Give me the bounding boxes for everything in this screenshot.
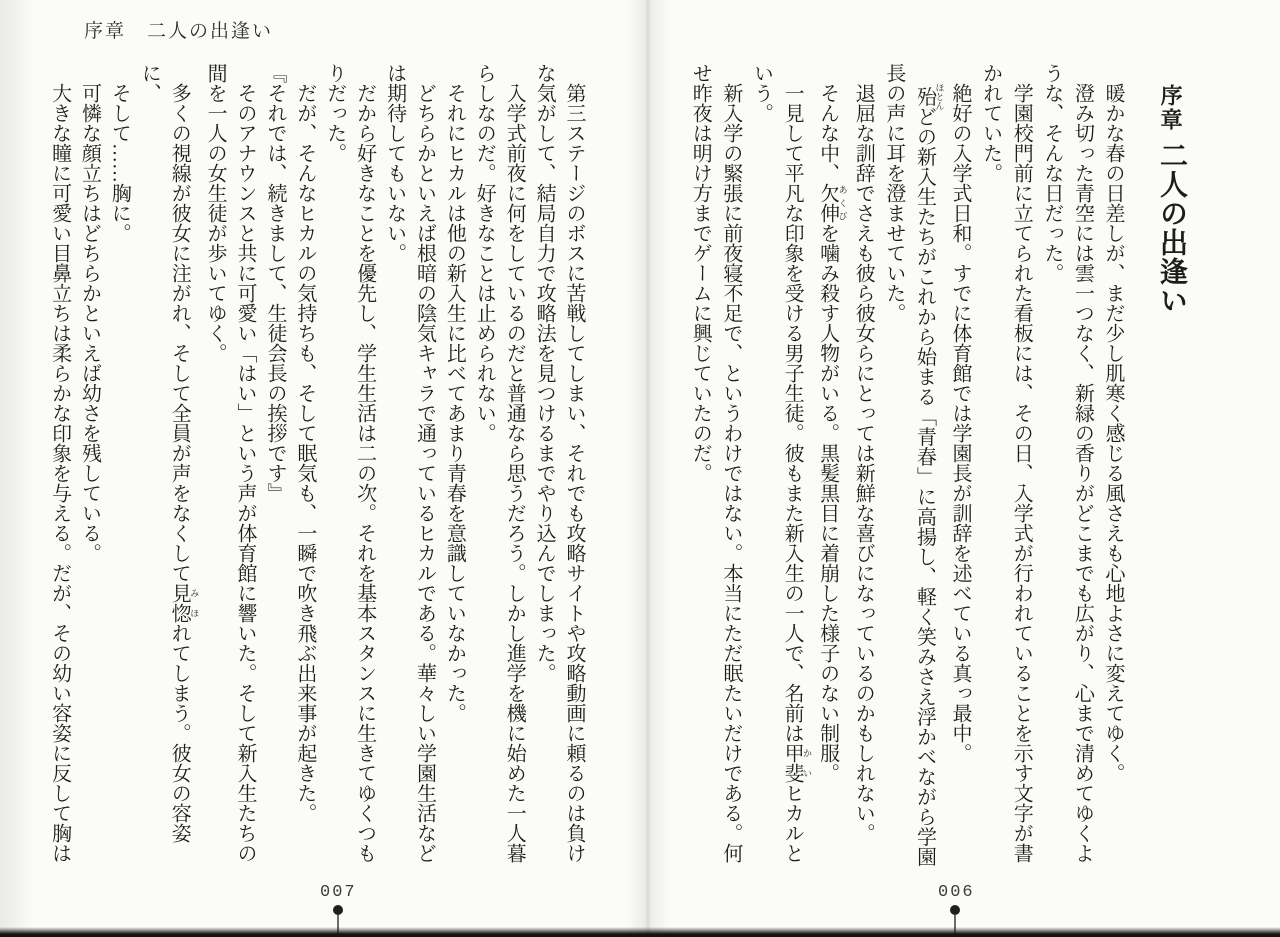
paragraph: 可憐な顔立ちはどちらかといえば幼さを残している。: [74, 63, 104, 881]
paragraph: 新入学の緊張に前夜寝不足で、というわけではない。本当にただ眠たいだけである。何せ…: [685, 63, 746, 881]
paragraph: 『それでは、続きまして、生徒会長の挨拶です』: [259, 63, 289, 881]
paragraph: 殆ほとんどの新入生たちがこれから始まる「青春」に高揚し、軽く笑みさえ浮かべながら…: [878, 63, 944, 881]
paragraph: 第三ステージのボスに苦戦してしまい、それでも攻略サイトや攻略動画に頼るのは負けな…: [528, 63, 588, 881]
ruby-annotated-word: 欠伸あくび: [817, 183, 839, 223]
page-number-left: 007: [320, 883, 357, 902]
paragraph: 澄み切った青空には雲一つなく、新緑の香りがどこまでも広がり、心まで清めてゆくよう…: [1036, 63, 1097, 881]
paragraph: 多くの視線が彼女に注がれ、そして全員が声をなくして見惚みほれてしまう。彼女の容姿…: [133, 63, 199, 881]
paragraph: そんな中、欠伸あくびを噛み殺す人物がいる。黒髪黒目に着崩した様子のない制服。: [812, 63, 848, 881]
paragraph: どちらかといえば根暗の陰気キャラで通っているヒカルである。華々しい学園生活などは…: [379, 63, 439, 881]
scan-edge-bottom: [0, 927, 1280, 937]
paragraph: だが、そんなヒカルの気持ちも、そして眠気も、一瞬で吹き飛ぶ出来事が起きた。: [289, 63, 319, 881]
paragraph: だから好きなことを優先し、学生生活は二の次。それを基本スタンスに生きてゆくつもり…: [319, 63, 379, 881]
paragraph: 絶好の入学式日和。すでに体育館では学園長が訓辞を述べている真っ最中。: [944, 63, 975, 881]
scan-edge-shadow-left: [0, 0, 34, 937]
paragraph: 一見して平凡な印象を受ける男子生徒。彼もまた新入生の一人で、名前は甲斐かいヒカル…: [746, 63, 812, 881]
paragraph: 入学式前夜に何をしているのだと普通なら思うだろう。しかし進学を機に始めた一人暮ら…: [468, 63, 528, 881]
running-header: 序章 二人の出逢い: [84, 16, 273, 43]
page-gutter-shadow: [626, 0, 670, 937]
chapter-title: 二人の出逢い: [1151, 141, 1191, 315]
paragraph: 学園校門前に立てられた看板には、その日、入学式が行われていることを示す文字が書か…: [975, 63, 1036, 881]
paragraph: そのアナウンスと共に可愛い「はい」という声が体育館に響いた。そして新入生たちの間…: [199, 63, 259, 881]
page-marker-dot-left: [333, 905, 343, 915]
page-number-right: 006: [938, 883, 975, 902]
page-marker-dot-right: [950, 905, 960, 915]
paragraph: 退屈な訓辞でさえも彼ら彼女らにとっては新鮮な喜びになっているのかもしれない。: [848, 63, 879, 881]
ruby-annotated-word: 見惚みほ: [168, 583, 190, 623]
page-body-right: 暖かな春の日差しが、まだ少し肌寒く感じる風さえも心地よさに変えてゆく。澄み切った…: [698, 63, 1128, 881]
paragraph: それにヒカルは他の新入生に比べてあまり青春を意識していなかった。: [438, 63, 468, 881]
ruby-annotated-word: 甲斐かい: [781, 743, 803, 783]
paragraph: 暖かな春の日差しが、まだ少し肌寒く感じる風さえも心地よさに変えてゆく。: [1097, 63, 1128, 881]
paragraph: 大きな瞳に可愛い目鼻立ちは柔らかな印象を与える。だが、その幼い容姿に反して胸は: [44, 63, 74, 881]
ruby-annotated-word: 殆ほとん: [913, 83, 935, 107]
paragraph: そして……胸に。: [104, 63, 134, 881]
chapter-label: 序章: [1155, 84, 1186, 132]
book-spread-scan: 序章 二人の出逢い 序章 二人の出逢い 暖かな春の日差しが、まだ少し肌寒く感じる…: [0, 0, 1280, 937]
page-body-left: 第三ステージのボスに苦戦してしまい、それでも攻略サイトや攻略動画に頼るのは負けな…: [80, 63, 588, 881]
